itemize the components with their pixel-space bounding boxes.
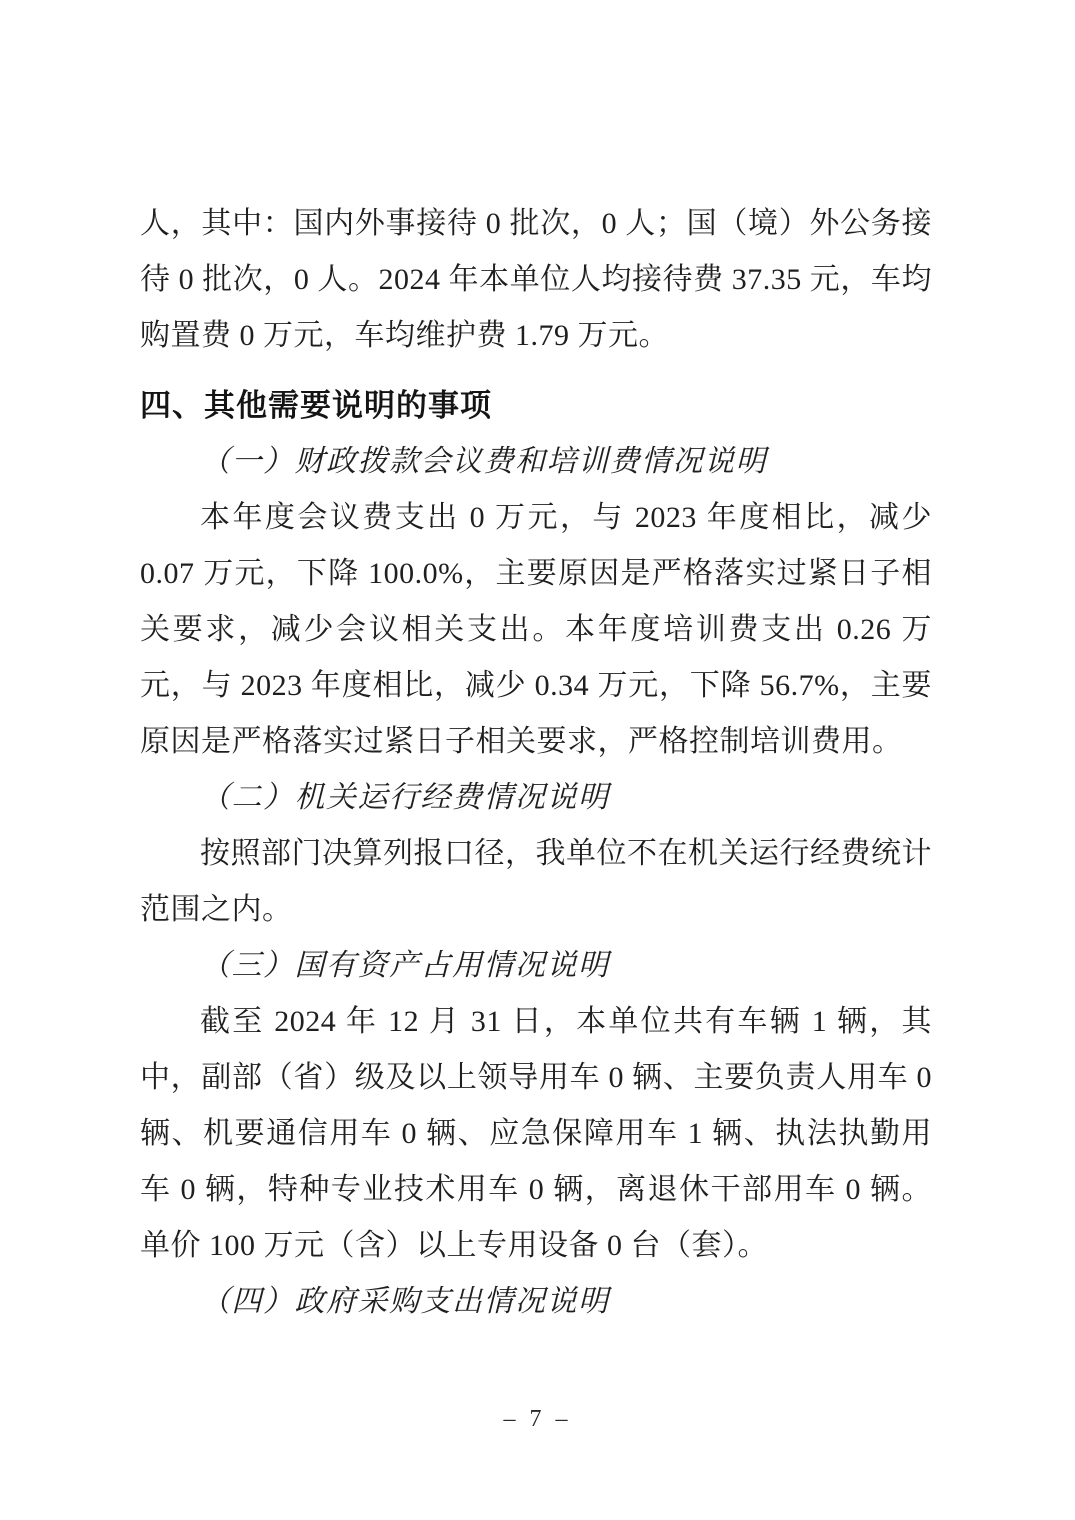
section-heading: 四、其他需要说明的事项 — [140, 378, 932, 434]
subsection-4-title: （四）政府采购支出情况说明 — [140, 1274, 932, 1330]
subsection-2-title: （二）机关运行经费情况说明 — [140, 770, 932, 826]
page-number: – 7 – — [504, 1406, 572, 1432]
continuation-paragraph: 人，其中：国内外事接待 0 批次，0 人；国（境）外公务接待 0 批次，0 人。… — [140, 196, 932, 364]
page-footer: – 7 – — [0, 1402, 1075, 1436]
subsection-3-paragraph: 截至 2024 年 12 月 31 日，本单位共有车辆 1 辆，其中，副部（省）… — [140, 994, 932, 1274]
subsection-2-paragraph: 按照部门决算列报口径，我单位不在机关运行经费统计范围之内。 — [140, 826, 932, 938]
document-content: 人，其中：国内外事接待 0 批次，0 人；国（境）外公务接待 0 批次，0 人。… — [140, 196, 932, 1330]
subsection-1-paragraph: 本年度会议费支出 0 万元，与 2023 年度相比，减少 0.07 万元，下降 … — [140, 490, 932, 770]
document-page: 人，其中：国内外事接待 0 批次，0 人；国（境）外公务接待 0 批次，0 人。… — [0, 0, 1075, 1520]
subsection-3-title: （三）国有资产占用情况说明 — [140, 938, 932, 994]
subsection-1-title: （一）财政拨款会议费和培训费情况说明 — [140, 434, 932, 490]
